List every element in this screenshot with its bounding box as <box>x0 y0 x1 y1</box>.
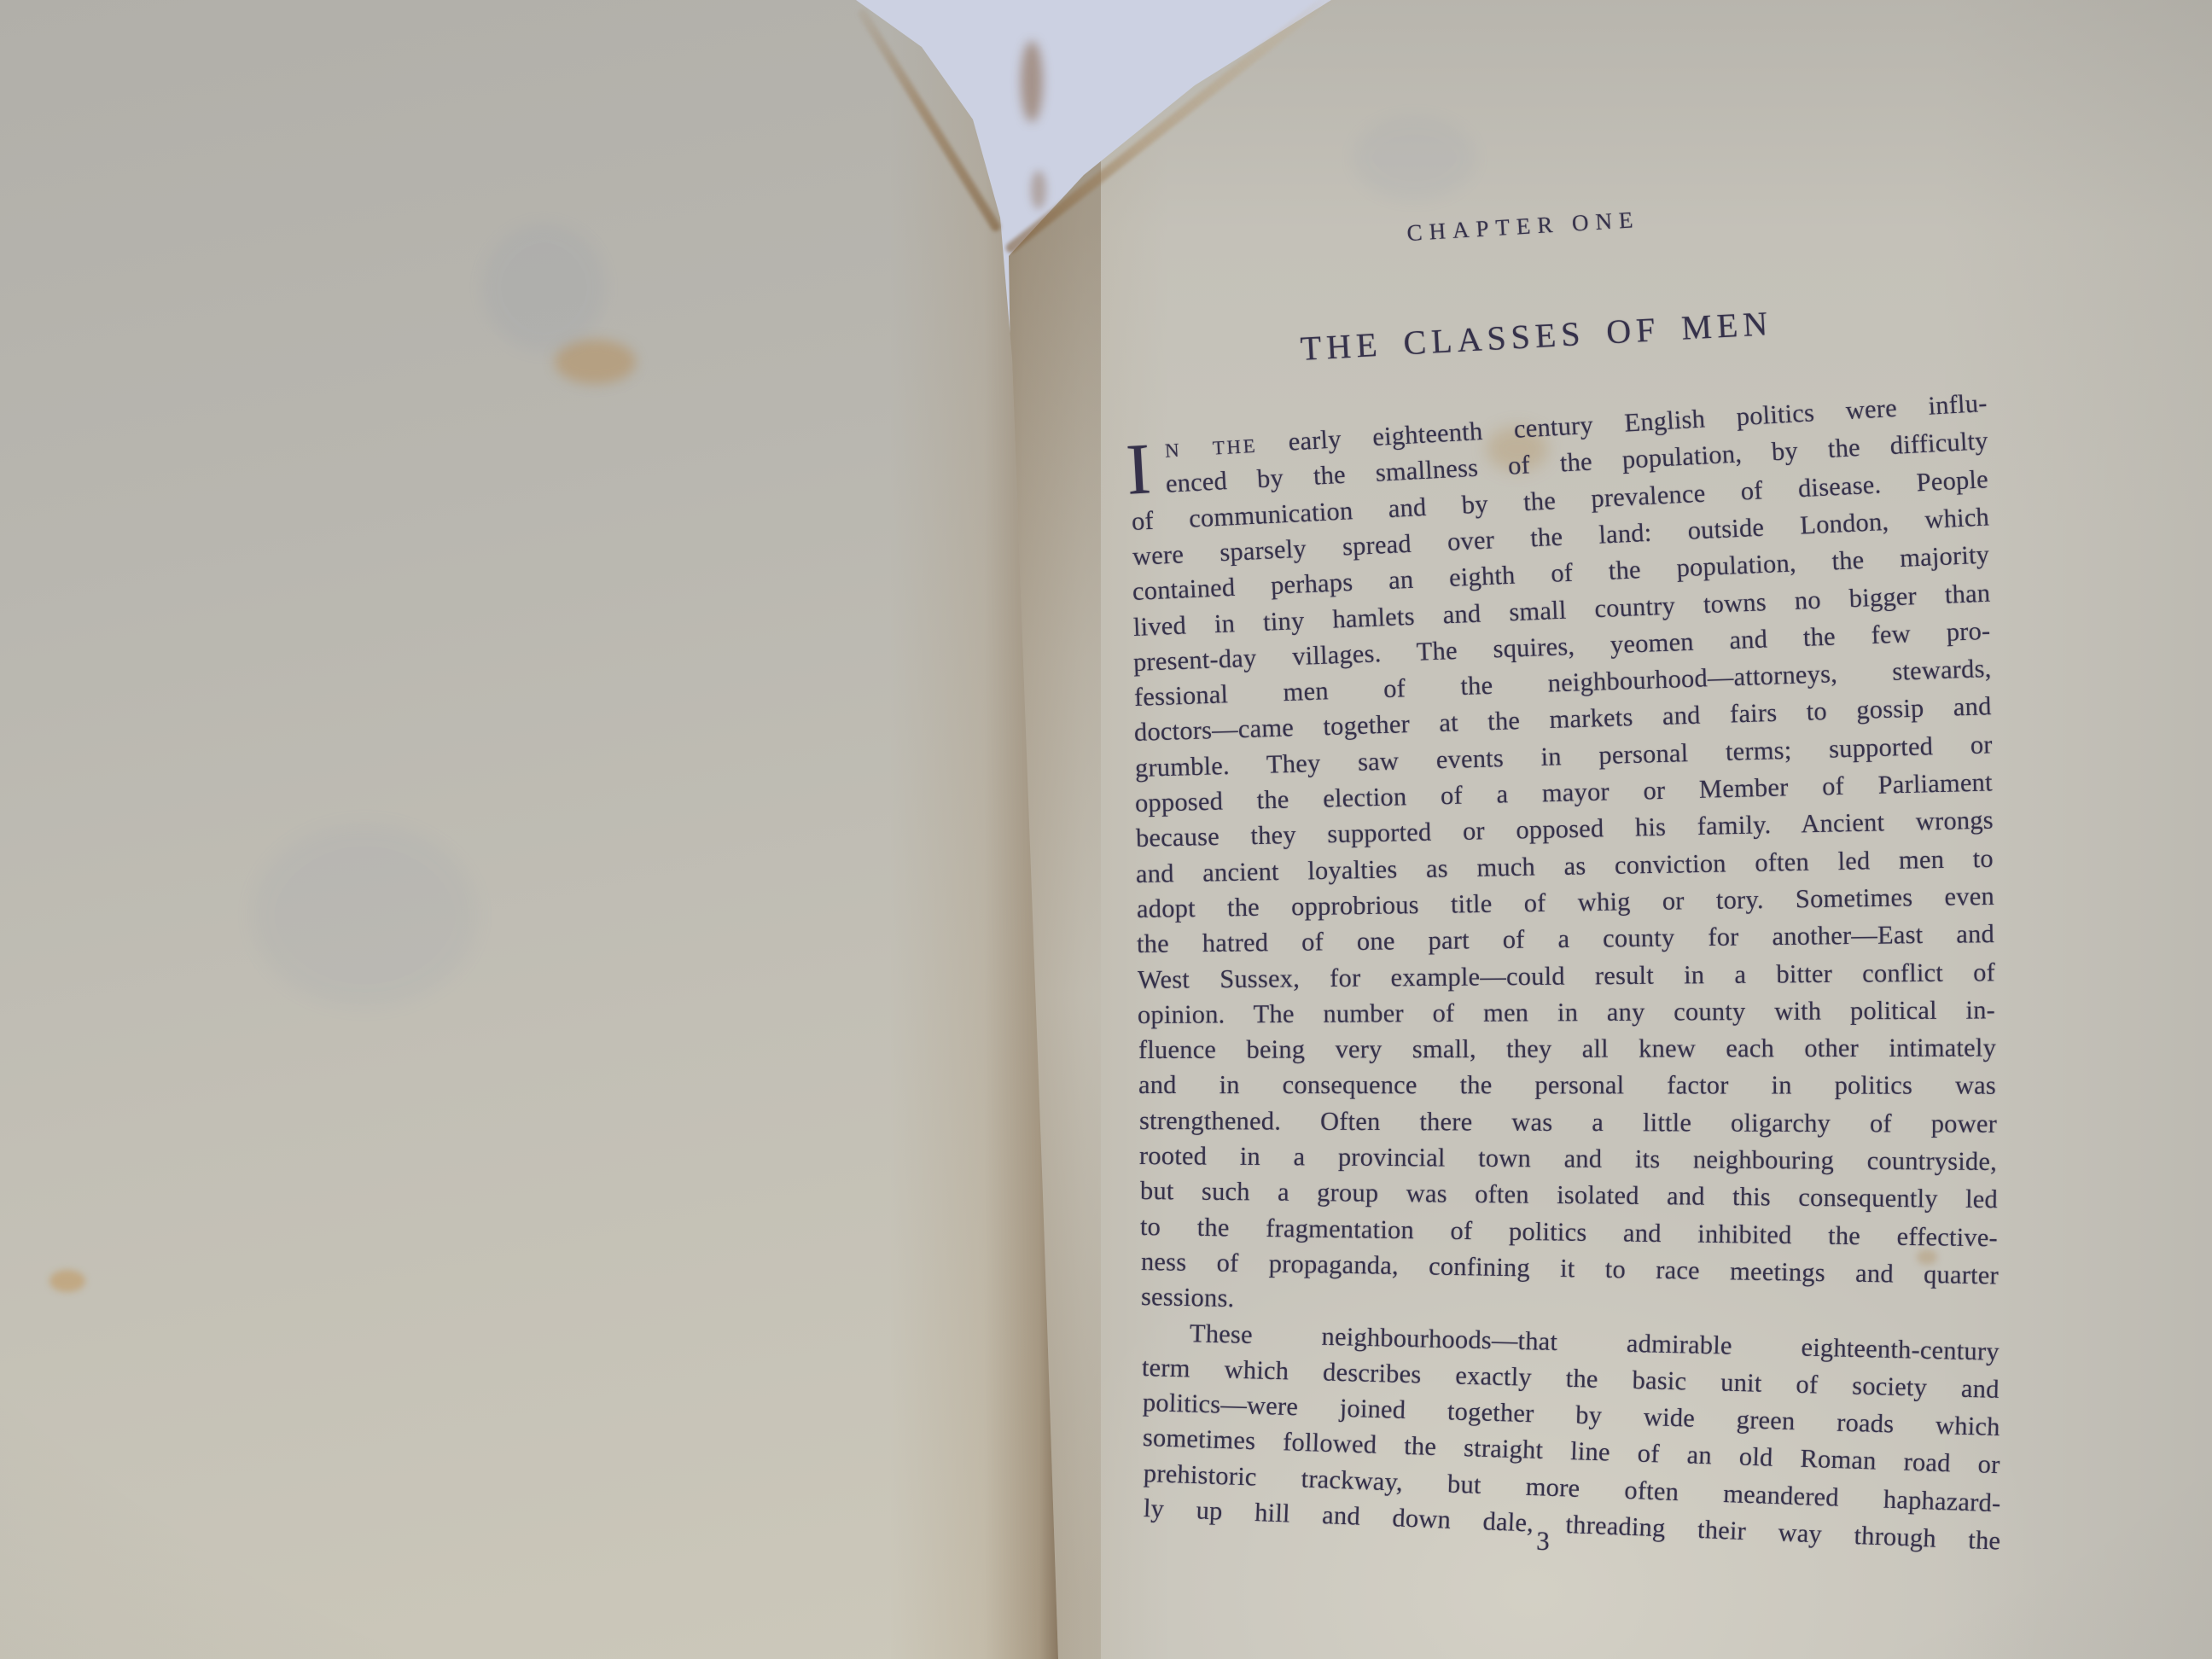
text-line: West Sussex, for example—could result in… <box>1137 955 1994 998</box>
small-caps-lead: N THE <box>1164 435 1257 462</box>
book-photo: CHAPTER ONE THE CLASSES OF MEN I N THE e… <box>0 0 2212 1659</box>
gutter-stain <box>1031 171 1046 209</box>
gutter-stain <box>1021 41 1043 122</box>
text-line: fluence being very small, they all knew … <box>1138 1031 1995 1068</box>
text-line: rooted in a provincial town and its neig… <box>1139 1138 1997 1179</box>
body-text: I N THE early eighteenth century English… <box>1131 434 1988 1577</box>
drop-cap: I <box>1125 433 1153 506</box>
text-line: strengthened. Often there was a little o… <box>1138 1103 1996 1142</box>
page-number: 3 <box>1517 1525 1569 1557</box>
text-line: opinion. The number of men in any county… <box>1138 992 1995 1033</box>
text-line: and in consequence the personal factor i… <box>1138 1068 1996 1103</box>
left-page-blank <box>0 0 1058 1659</box>
